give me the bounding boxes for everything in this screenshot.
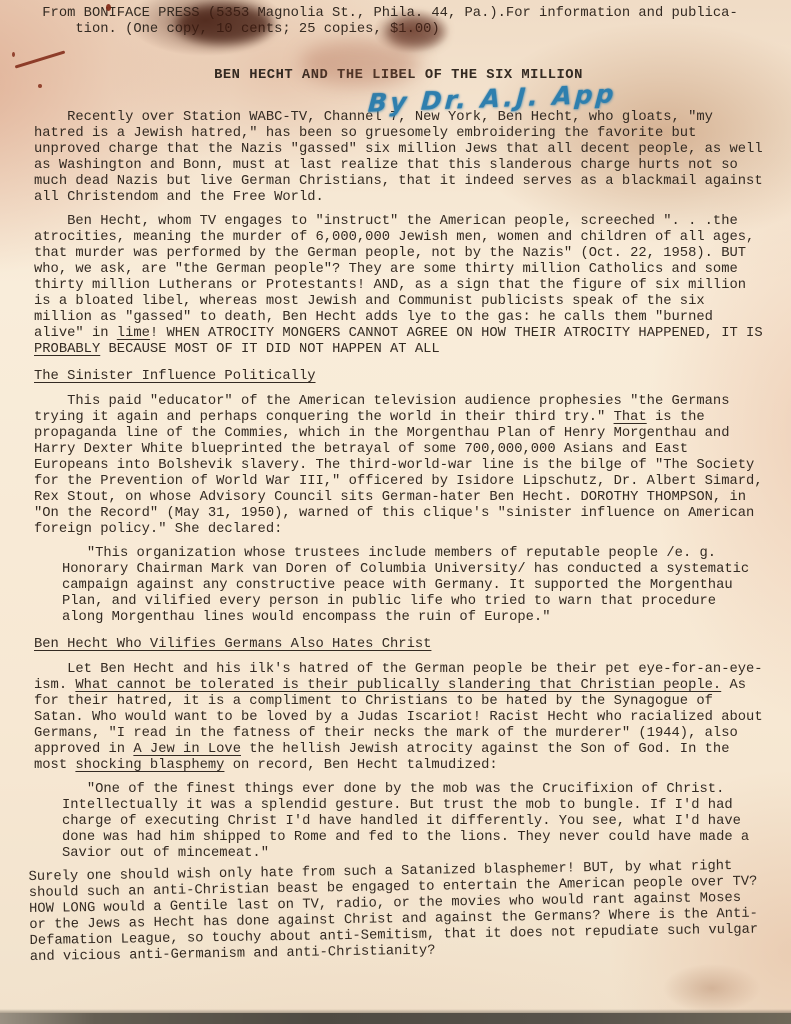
blockquote-hecht: "One of the finest things ever done by t… [62, 782, 755, 862]
underlined-word: lime [117, 326, 150, 341]
paragraph-text: ! WHEN ATROCITY MONGERS CANNOT AGREE ON … [150, 326, 763, 341]
underlined-word: That [614, 410, 647, 425]
paragraph-text: BECAUSE MOST OF IT DID NOT HAPPEN AT ALL [100, 342, 439, 357]
section-heading-vilifies: Ben Hecht Who Vilifies Germans Also Hate… [34, 636, 763, 654]
paragraph-politics: This paid "educator" of the American tel… [34, 394, 763, 538]
section-heading-sinister-influence: The Sinister Influence Politically [34, 368, 763, 386]
underlined-phrase: shocking blasphemy [75, 758, 224, 773]
underlined-book-title: A Jew in Love [133, 742, 241, 757]
paragraph-text: Surely one should wish only hate from su… [28, 859, 758, 965]
paragraph-hatred: Let Ben Hecht and his ilk's hatred of th… [34, 662, 763, 774]
paragraph-text: Recently over Station WABC-TV, Channel 7… [34, 110, 763, 205]
paragraph-text: on record, Ben Hecht talmudized: [224, 758, 497, 773]
scanned-document-page: From BONIFACE PRESS (5353 Magnolia St., … [0, 0, 791, 1024]
publisher-imprint-line-1: From BONIFACE PRESS (5353 Magnolia St., … [34, 6, 763, 22]
paragraph-atrocities: Ben Hecht, whom TV engages to "instruct"… [34, 214, 763, 358]
paragraph-text: is the propaganda line of the Commies, w… [34, 410, 763, 537]
quote-text: "This organization whose trustees includ… [62, 546, 749, 625]
scan-edge-shadow [0, 1013, 791, 1024]
paragraph-closing: Surely one should wish only hate from su… [28, 858, 762, 966]
publisher-imprint-line-2: tion. (One copy, 10 cents; 25 copies, $1… [34, 22, 763, 38]
blockquote-thompson: "This organization whose trustees includ… [62, 546, 755, 626]
document-content: From BONIFACE PRESS (5353 Magnolia St., … [0, 0, 791, 966]
paragraph-text: Ben Hecht, whom TV engages to "instruct"… [34, 214, 754, 341]
underlined-phrase: What cannot be tolerated is their public… [75, 678, 721, 693]
underlined-word: PROBABLY [34, 342, 100, 357]
quote-text: "One of the finest things ever done by t… [62, 782, 749, 861]
document-title: BEN HECHT AND THE LIBEL OF THE SIX MILLI… [34, 68, 763, 84]
paragraph-intro: Recently over Station WABC-TV, Channel 7… [34, 110, 763, 206]
